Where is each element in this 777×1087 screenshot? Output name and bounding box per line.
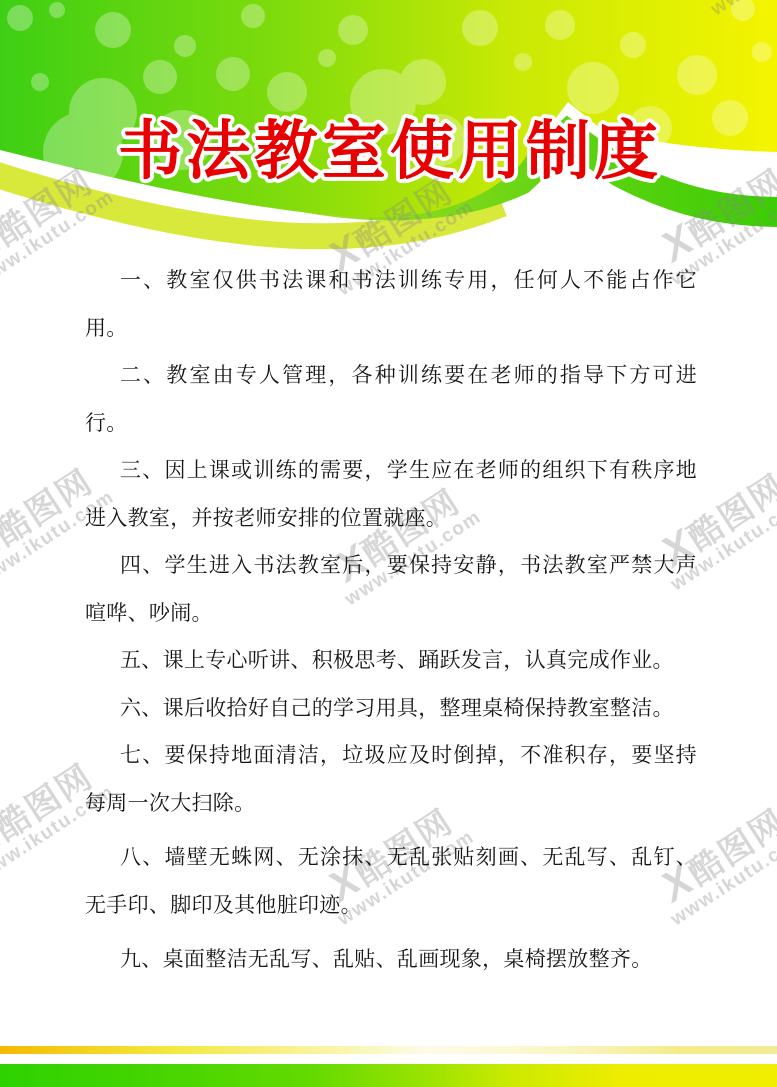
rule-line: 七、要保持地面清洁，垃圾应及时倒掉，不准积存，要坚持	[85, 732, 697, 780]
rule-line: 六、课后收拾好自己的学习用具，整理桌椅保持教室整洁。	[85, 685, 697, 733]
rule-paragraph: 八、墙壁无蛛网、无涂抹、无乱张贴刻画、无乱写、乱钉、无手印、脚印及其他脏印迹。	[85, 834, 697, 929]
rule-line: 行。	[85, 400, 697, 448]
rule-line: 四、学生进入书法教室后，要保持安静，书法教室严禁大声	[85, 542, 697, 590]
rule-line: 二、教室由专人管理，各种训练要在老师的指导下方可进	[85, 352, 697, 400]
rule-line: 进入教室，并按老师安排的位置就座。	[85, 495, 697, 543]
rule-paragraph: 九、桌面整洁无乱写、乱贴、乱画现象，桌椅摆放整齐。	[85, 936, 697, 984]
rule-paragraph: 三、因上课或训练的需要，学生应在老师的组织下有秩序地进入教室，并按老师安排的位置…	[85, 447, 697, 542]
rule-paragraph: 七、要保持地面清洁，垃圾应及时倒掉，不准积存，要坚持每周一次大扫除。	[85, 732, 697, 827]
footer-thin-stripe	[0, 1046, 777, 1054]
rule-paragraph: 一、教室仅供书法课和书法训练专用，任何人不能占作它用。	[85, 257, 697, 352]
rule-paragraph: 六、课后收拾好自己的学习用具，整理桌椅保持教室整洁。	[85, 685, 697, 733]
watermark-x-icon: X	[0, 515, 10, 571]
footer-bottom-stripe	[0, 1064, 777, 1087]
rule-line: 三、因上课或训练的需要，学生应在老师的组织下有秩序地	[85, 447, 697, 495]
poster-page: 书法教室使用制度 X酷图网www.ikutu.comX酷图网www.ikutu.…	[0, 0, 777, 1087]
rule-line: 一、教室仅供书法课和书法训练专用，任何人不能占作它	[85, 257, 697, 305]
rule-paragraph: 四、学生进入书法教室后，要保持安静，书法教室严禁大声喧哗、吵闹。	[85, 542, 697, 637]
rule-paragraph: 二、教室由专人管理，各种训练要在老师的指导下方可进行。	[85, 352, 697, 447]
rule-line: 每周一次大扫除。	[85, 780, 697, 828]
rule-line: 无手印、脚印及其他脏印迹。	[85, 882, 697, 930]
rules-text: 一、教室仅供书法课和书法训练专用，任何人不能占作它用。二、教室由专人管理，各种训…	[85, 257, 697, 984]
watermark-x-icon: X	[0, 810, 10, 866]
rule-line: 八、墙壁无蛛网、无涂抹、无乱张贴刻画、无乱写、乱钉、	[85, 834, 697, 882]
rule-line: 喧哗、吵闹。	[85, 590, 697, 638]
rule-paragraph: 五、课上专心听讲、积极思考、踊跃发言，认真完成作业。	[85, 637, 697, 685]
header-graphic: 书法教室使用制度	[0, 0, 777, 285]
rule-line: 用。	[85, 305, 697, 353]
rule-line: 五、课上专心听讲、积极思考、踊跃发言，认真完成作业。	[85, 637, 697, 685]
poster-title: 书法教室使用制度	[118, 115, 662, 187]
rule-line: 九、桌面整洁无乱写、乱贴、乱画现象，桌椅摆放整齐。	[85, 936, 697, 984]
